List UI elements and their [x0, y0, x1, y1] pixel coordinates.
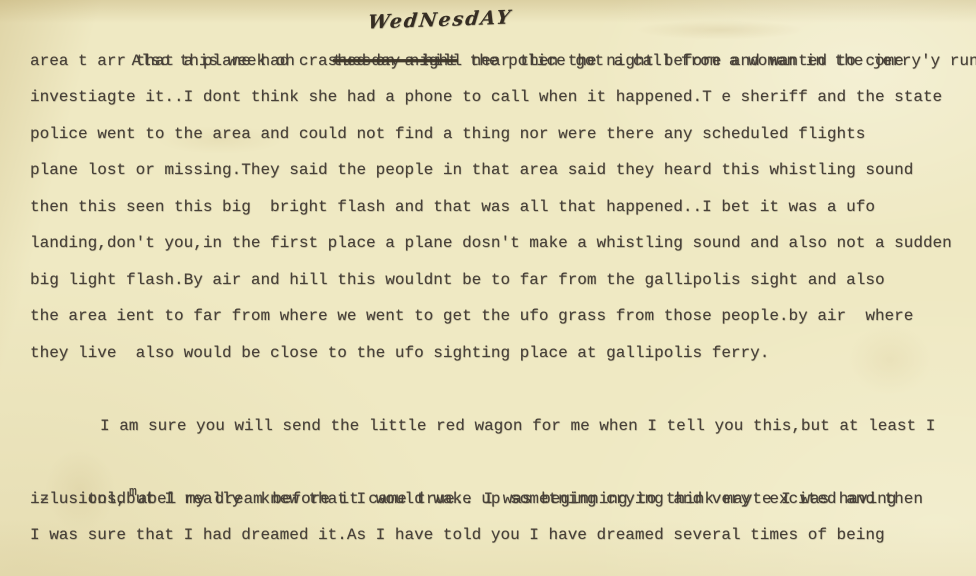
typed-line: I am sure you will send the little red w…: [30, 408, 966, 445]
letter-scan-page: Also this week ontuesday nightthe police…: [0, 0, 976, 576]
paragraph-break: [30, 371, 966, 408]
typed-line: iƶlusions,but I really knew that I would…: [30, 481, 966, 518]
typed-line: investiagte it..I dont think she had a p…: [30, 79, 966, 116]
typed-line-with-superscript: toldmabel my dream before it came true..…: [30, 444, 966, 481]
line1-pre-text: Also this week on: [132, 52, 295, 70]
typed-line: big light flash.By air and hill this wou…: [30, 262, 966, 299]
paragraph1-lines: area t arr that a plane had crashed on a…: [30, 43, 966, 372]
paragraph2-lines: iƶlusions,but I really knew that I would…: [30, 481, 966, 554]
typed-line-first: Also this week ontuesday nightthe police…: [30, 6, 966, 43]
superscript-correction: m: [129, 484, 137, 499]
line1-post-text: the police got a call from a woman in th…: [470, 52, 976, 70]
typed-line: plane lost or missing.They said the peop…: [30, 152, 966, 189]
typed-line: I was sure that I had dreamed it.As I ha…: [30, 517, 966, 554]
typed-line: then this seen this big bright flash and…: [30, 189, 966, 226]
typed-text-block: Also this week ontuesday nightthe police…: [30, 6, 966, 554]
struck-out-text: tuesday night: [333, 52, 458, 70]
typed-line: police went to the area and could not fi…: [30, 116, 966, 153]
typed-line: the area ient to far from where we went …: [30, 298, 966, 335]
typed-line: they live also would be close to the ufo…: [30, 335, 966, 372]
typed-line: landing,don't you,in the first place a p…: [30, 225, 966, 262]
handwritten-correction: WedNesdAY: [366, 0, 514, 41]
